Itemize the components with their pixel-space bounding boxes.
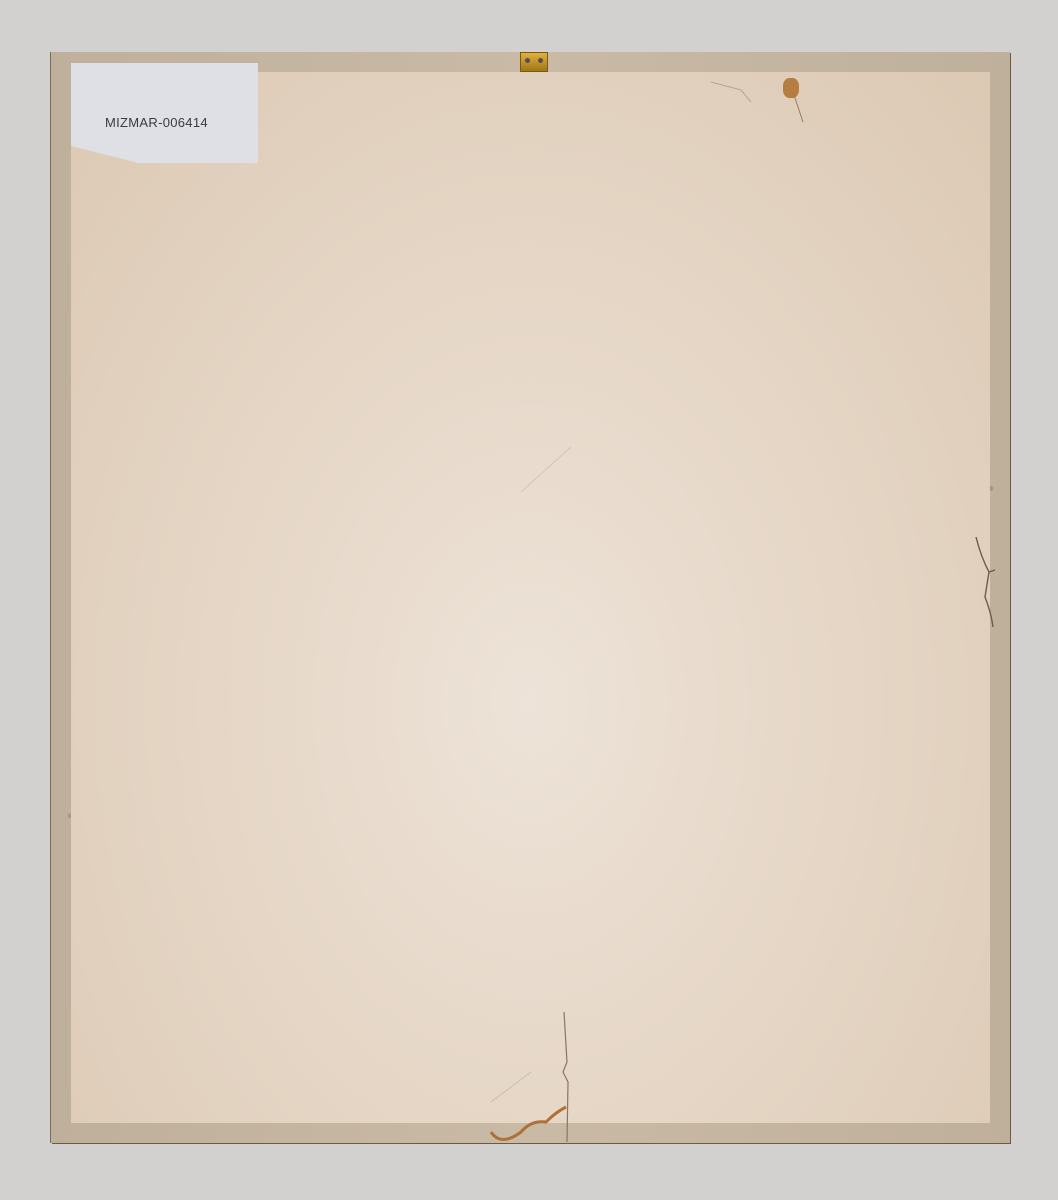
inventory-number: MIZMAR-006414 — [105, 115, 208, 130]
backing-paper — [71, 72, 990, 1123]
bottom-center-tear — [471, 1002, 631, 1142]
top-right-crack — [671, 72, 811, 132]
right-edge-crack — [951, 527, 1011, 637]
artwork-backing-board — [51, 52, 1010, 1143]
sawtooth-hanger-icon — [520, 52, 548, 72]
center-faint-crack — [511, 442, 591, 502]
inventory-label: MIZMAR-006414 — [71, 63, 258, 163]
